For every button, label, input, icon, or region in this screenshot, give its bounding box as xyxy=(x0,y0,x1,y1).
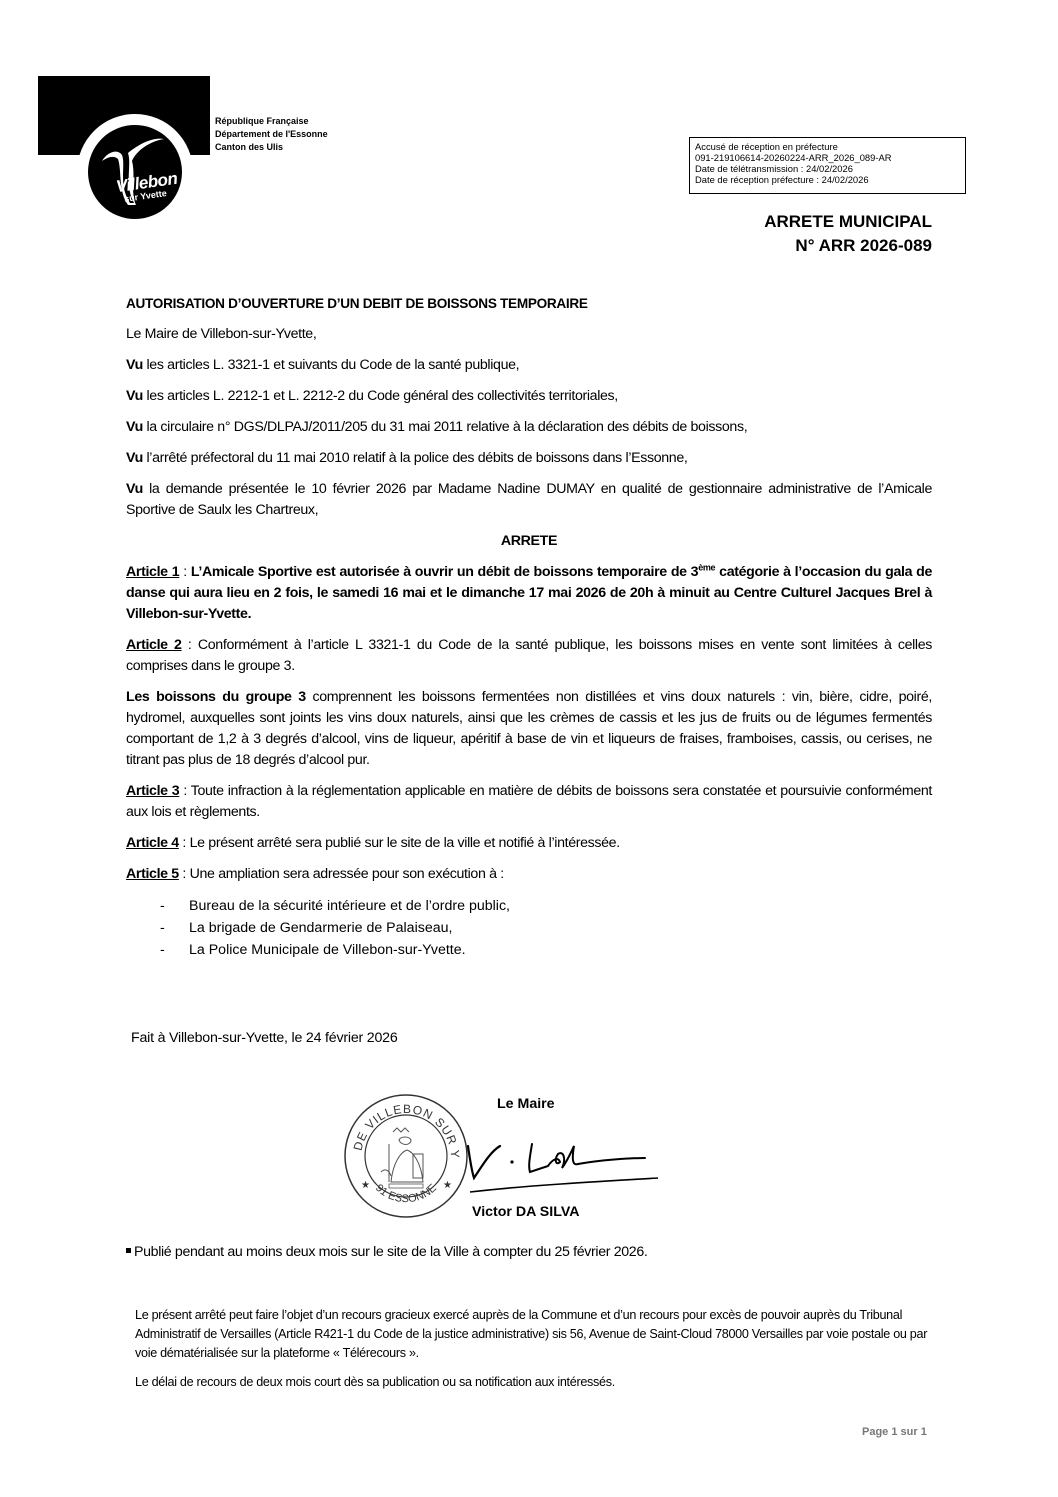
header-administrative-lines: République Française Département de l'Es… xyxy=(215,115,328,154)
title-line-1: ARRETE MUNICIPAL xyxy=(764,210,932,234)
article-label: Article 5 xyxy=(126,866,179,882)
svg-text:MAIRIE DE VILLEBON SUR YVETTE: MAIRIE DE VILLEBON SUR YVETTE xyxy=(341,1092,462,1160)
article-separator: : xyxy=(179,564,191,580)
header-line: République Française xyxy=(215,115,328,128)
recipient-item: -La brigade de Gendarmerie de Palaiseau, xyxy=(126,917,932,939)
recipient-item: -La Police Municipale de Villebon-sur-Yv… xyxy=(126,939,932,961)
publication-notice: Publié pendant au moins deux mois sur le… xyxy=(126,1244,647,1260)
vu-lead: Vu xyxy=(126,481,143,497)
consideration: Vu la circulaire n° DGS/DLPAJ/2011/205 d… xyxy=(126,417,932,438)
article-3: Article 3 : Toute infraction à la réglem… xyxy=(126,781,932,823)
consideration: Vu les articles L. 3321-1 et suivants du… xyxy=(126,355,932,376)
superscript: ème xyxy=(698,562,715,572)
villebon-logo: Villebon sur Yvette xyxy=(88,125,182,219)
article-separator: : xyxy=(179,835,190,851)
article-separator: : xyxy=(179,783,190,799)
document-body: AUTORISATION D’OUVERTURE D’UN DEBIT DE B… xyxy=(126,293,932,961)
article-separator: : xyxy=(179,866,190,882)
article-1: Article 1 : L’Amicale Sportive est autor… xyxy=(126,562,932,625)
consideration: Vu l’arrêté préfectoral du 11 mai 2010 r… xyxy=(126,448,932,469)
ack-line: 091-219106614-20260224-ARR_2026_089-AR xyxy=(695,152,960,163)
municipal-seal-icon: MAIRIE DE VILLEBON SUR YVETTE 91 ESSONNE… xyxy=(341,1092,471,1220)
article-text: Toute infraction à la réglementation app… xyxy=(126,783,932,820)
svg-text:★: ★ xyxy=(443,1180,452,1191)
consideration-text: la circulaire n° DGS/DLPAJ/2011/205 du 3… xyxy=(143,419,747,435)
list-dash: - xyxy=(160,939,165,961)
article-label: Article 2 xyxy=(126,637,182,653)
consideration-text: l’arrêté préfectoral du 11 mai 2010 rela… xyxy=(143,450,688,466)
recipient-text: La brigade de Gendarmerie de Palaiseau, xyxy=(189,920,452,936)
publication-text: Publié pendant au moins deux mois sur le… xyxy=(134,1244,647,1260)
vu-lead: Vu xyxy=(126,388,143,404)
article-label: Article 1 xyxy=(126,564,179,580)
consideration: Vu les articles L. 2212-1 et L. 2212-2 d… xyxy=(126,386,932,407)
header-line: Canton des Ulis xyxy=(215,141,328,154)
article-separator: : xyxy=(182,637,198,653)
intro: Le Maire de Villebon-sur-Yvette, xyxy=(126,324,932,345)
article-text: Une ampliation sera adressée pour son ex… xyxy=(190,866,504,882)
recipient-text: Bureau de la sécurité intérieure et de l… xyxy=(189,898,510,914)
list-dash: - xyxy=(160,917,165,939)
consideration-text: la demande présentée le 10 février 2026 … xyxy=(126,481,932,518)
article-text: Conformément à l’article L 3321-1 du Cod… xyxy=(126,637,932,674)
article-text: Le présent arrêté sera publié sur le sit… xyxy=(190,835,620,851)
consideration-text: les articles L. 2212-1 et L. 2212-2 du C… xyxy=(143,388,618,404)
mayor-signature-icon xyxy=(460,1130,660,1200)
signatory-role: Le Maire xyxy=(497,1096,555,1112)
legal-recourse-notice: Le présent arrêté peut faire l’objet d’u… xyxy=(135,1306,935,1392)
ack-line: Date de réception préfecture : 24/02/202… xyxy=(695,174,960,185)
document-title: ARRETE MUNICIPAL N° ARR 2026-089 xyxy=(764,210,932,258)
svg-text:★: ★ xyxy=(361,1180,370,1191)
vu-lead: Vu xyxy=(126,419,143,435)
ack-line: Accusé de réception en préfecture xyxy=(695,141,960,152)
svg-text:91 ESSONNE: 91 ESSONNE xyxy=(373,1182,439,1205)
seal-bottom-text: 91 ESSONNE xyxy=(373,1182,439,1205)
signatory-name: Victor DA SILVA xyxy=(472,1204,579,1220)
place-and-date: Fait à Villebon-sur-Yvette, le 24 févrie… xyxy=(131,1030,398,1046)
vu-lead: Vu xyxy=(126,357,143,373)
list-dash: - xyxy=(160,895,165,917)
consideration: Vu la demande présentée le 10 février 20… xyxy=(126,479,932,521)
article-text: L’Amicale Sportive est autorisée à ouvri… xyxy=(191,564,698,580)
vu-lead: Vu xyxy=(126,450,143,466)
recipient-item: -Bureau de la sécurité intérieure et de … xyxy=(126,895,932,917)
legal-paragraph: Le présent arrêté peut faire l’objet d’u… xyxy=(135,1306,935,1363)
recipients-list: -Bureau de la sécurité intérieure et de … xyxy=(126,895,932,961)
consideration-text: les articles L. 3321-1 et suivants du Co… xyxy=(143,357,519,373)
square-bullet-icon xyxy=(126,1248,131,1253)
title-line-2: N° ARR 2026-089 xyxy=(764,234,932,258)
arrete-heading: ARRETE xyxy=(126,531,932,552)
groupe-3-definition: Les boissons du groupe 3 comprennent les… xyxy=(126,687,932,771)
ack-line: Date de télétransmission : 24/02/2026 xyxy=(695,163,960,174)
object-title: AUTORISATION D’OUVERTURE D’UN DEBIT DE B… xyxy=(126,293,932,314)
article-2: Article 2 : Conformément à l’article L 3… xyxy=(126,635,932,677)
article-4: Article 4 : Le présent arrêté sera publi… xyxy=(126,833,932,854)
legal-paragraph: Le délai de recours de deux mois court d… xyxy=(135,1373,935,1392)
header-line: Département de l'Essonne xyxy=(215,128,328,141)
article-label: Article 4 xyxy=(126,835,179,851)
recipient-text: La Police Municipale de Villebon-sur-Yve… xyxy=(189,942,466,958)
seal-top-text: MAIRIE DE VILLEBON SUR YVETTE xyxy=(341,1092,462,1160)
groupe-3-lead: Les boissons du groupe 3 xyxy=(126,689,306,705)
prefecture-acknowledgment-box: Accusé de réception en préfecture 091-21… xyxy=(689,137,966,194)
article-5: Article 5 : Une ampliation sera adressée… xyxy=(126,864,932,885)
page-number: Page 1 sur 1 xyxy=(862,1426,927,1438)
article-label: Article 3 xyxy=(126,783,179,799)
